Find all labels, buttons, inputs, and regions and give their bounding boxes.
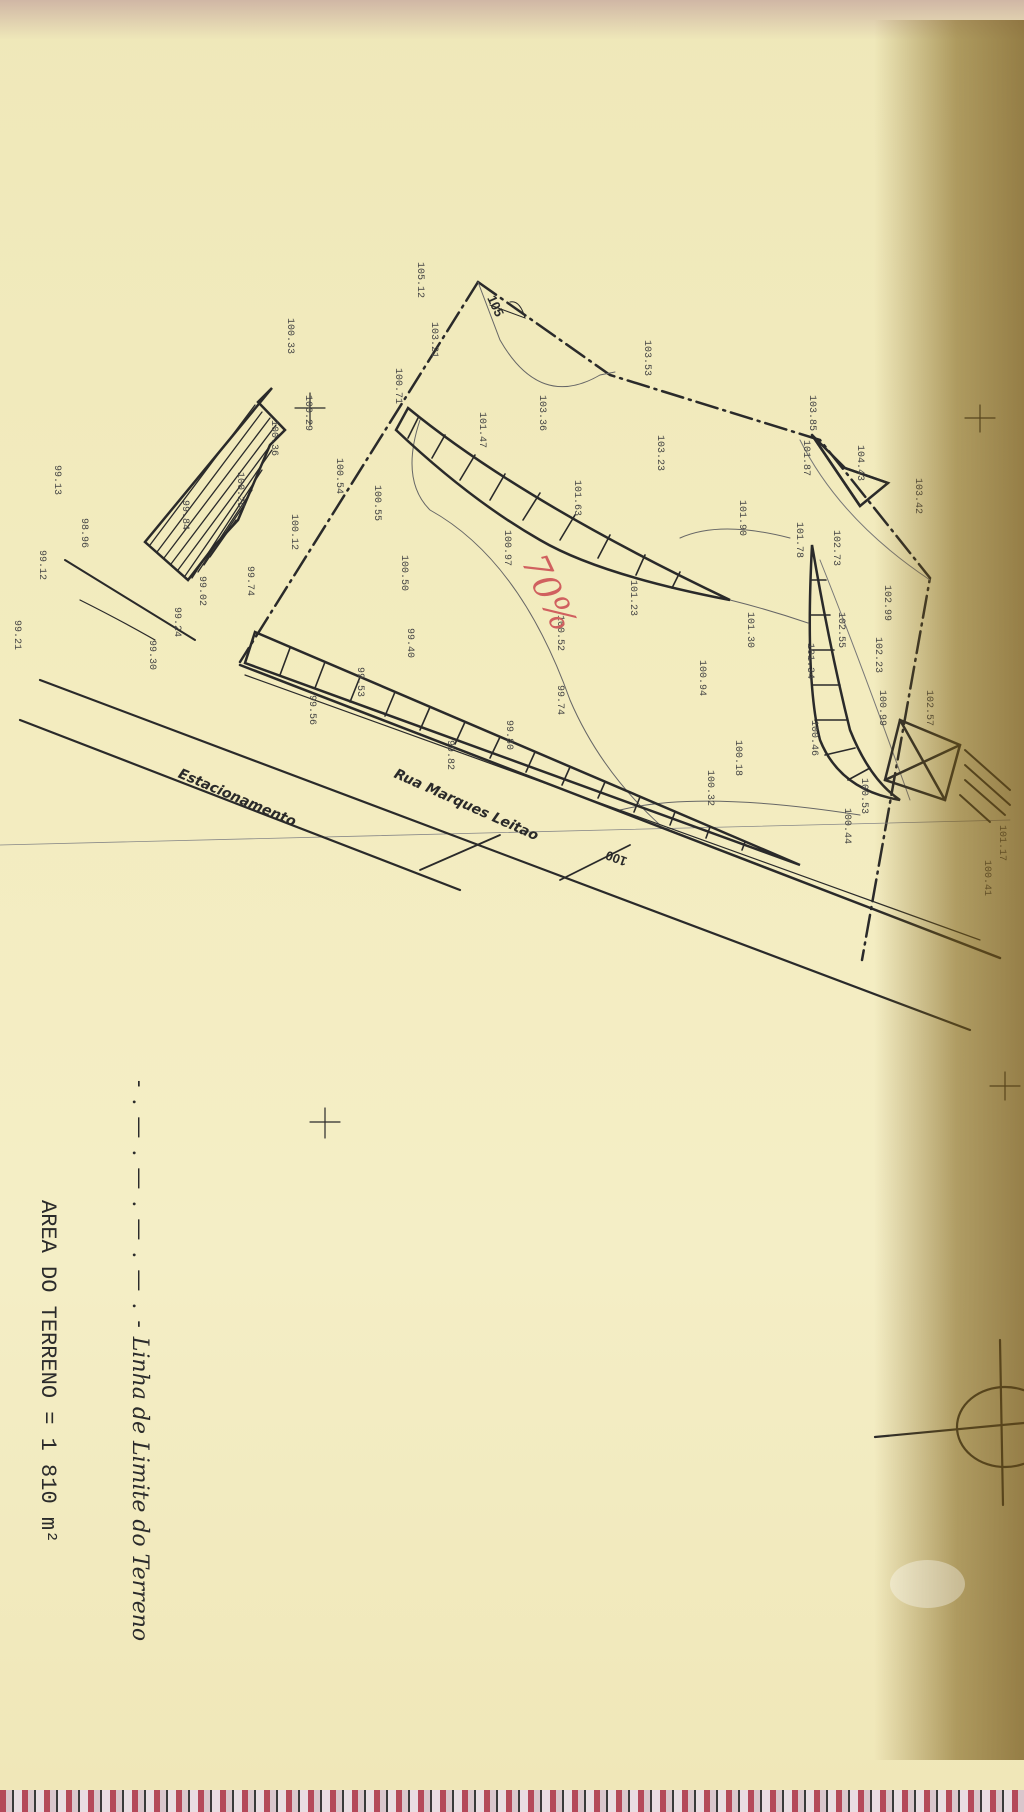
spot-height-label: 101.17: [996, 825, 1007, 861]
contour-label-105: 105: [484, 293, 507, 319]
spot-height-label: 99.56: [306, 695, 317, 725]
spot-height-label: 100.29: [302, 395, 313, 431]
spot-height-label: 103.21: [428, 322, 439, 358]
spot-height-label: 102.55: [835, 612, 846, 648]
spot-height-label: 99.24: [171, 607, 182, 637]
spot-height-label: 100.94: [696, 660, 707, 696]
spot-height-label: 100.55: [371, 485, 382, 521]
spot-height-label: 103.85: [806, 395, 817, 431]
spot-height-label: 100.25: [234, 472, 245, 508]
contour-label-100: 100: [604, 848, 630, 870]
spot-height-label: 103.36: [536, 395, 547, 431]
grid-crosshair: [295, 393, 1020, 1138]
watermark-logo-icon: [890, 1560, 965, 1608]
legend-boundary-label: Linha de Limite do Terreno: [127, 1337, 152, 1641]
spot-height-label: 99.74: [244, 566, 255, 596]
slope-escarpment-east: [810, 545, 900, 800]
spot-height-label: 99.02: [196, 576, 207, 606]
legend-boundary-line: - . — . — . — . — . - Linha de Limite do…: [127, 1080, 152, 1641]
spot-height-label: 100.12: [288, 514, 299, 550]
spot-height-label: 101.23: [627, 580, 638, 616]
spot-height-label: 99.40: [404, 628, 415, 658]
spot-height-label: 102.99: [881, 585, 892, 621]
spot-height-label: 101.47: [476, 412, 487, 448]
spot-height-label: 100.41: [981, 860, 992, 896]
spot-height-label: 99.82: [444, 740, 455, 770]
legend-boundary-symbol: - . — . — . — . — . -: [127, 1080, 152, 1330]
spot-height-label: 103.53: [641, 340, 652, 376]
spot-height-label: 99.30: [146, 640, 157, 670]
spot-height-label: 100.44: [841, 808, 852, 844]
spot-height-label: 100.32: [704, 770, 715, 806]
spot-height-label: 100.33: [284, 318, 295, 354]
spot-height-label: 102.73: [830, 530, 841, 566]
spot-height-label: 101.90: [736, 500, 747, 536]
spot-height-label: 101.63: [571, 480, 582, 516]
spot-height-label: 100.18: [732, 740, 743, 776]
spot-height-label: 100.50: [398, 555, 409, 591]
survey-marker-box-east: [885, 720, 960, 800]
spot-height-label: 100.46: [808, 720, 819, 756]
north-arrow-circle-icon: [875, 1340, 1024, 1505]
spot-height-label: 102.57: [923, 690, 934, 726]
spot-height-label: 102.23: [872, 637, 883, 673]
plan-sheet: 105.12100.33103.21100.71103.53100.29103.…: [0, 0, 1024, 1790]
legend-plot-area: AREA DO TERRENO = 1 810 m²: [35, 1200, 60, 1543]
spot-height-label: 103.23: [654, 435, 665, 471]
slope-escarpment-upper: [396, 408, 730, 600]
spot-height-label: 101.30: [744, 612, 755, 648]
spot-height-label: 100.99: [876, 690, 887, 726]
spot-height-label: 105.12: [414, 262, 425, 298]
spot-height-label: 100.53: [858, 778, 869, 814]
existing-building-hatched: [145, 388, 285, 580]
spot-height-label: 100.71: [392, 368, 403, 404]
spot-height-label: 99.74: [554, 685, 565, 715]
spot-height-label: 99.84: [179, 500, 190, 530]
spot-height-label: 104.43: [854, 445, 865, 481]
spot-height-label: 98.96: [78, 518, 89, 548]
spot-height-label: 99.21: [11, 620, 22, 650]
spot-height-label: 103.42: [912, 478, 923, 514]
spot-height-label: 101.78: [793, 522, 804, 558]
spot-height-label: 100.97: [501, 530, 512, 566]
spot-height-label: 101.34: [804, 643, 815, 679]
survey-marker-box-north: [812, 435, 888, 506]
spot-height-label: 100.36: [268, 420, 279, 456]
spot-height-label: 99.12: [36, 550, 47, 580]
spot-height-label: 101.87: [800, 440, 811, 476]
site-plan-drawing: 105.12100.33103.21100.71103.53100.29103.…: [0, 0, 1024, 1790]
spot-height-label: 100.54: [333, 458, 344, 494]
spot-height-label: 99.13: [51, 465, 62, 495]
spot-height-label: 99.80: [503, 720, 514, 750]
spot-height-label: 99.53: [354, 667, 365, 697]
